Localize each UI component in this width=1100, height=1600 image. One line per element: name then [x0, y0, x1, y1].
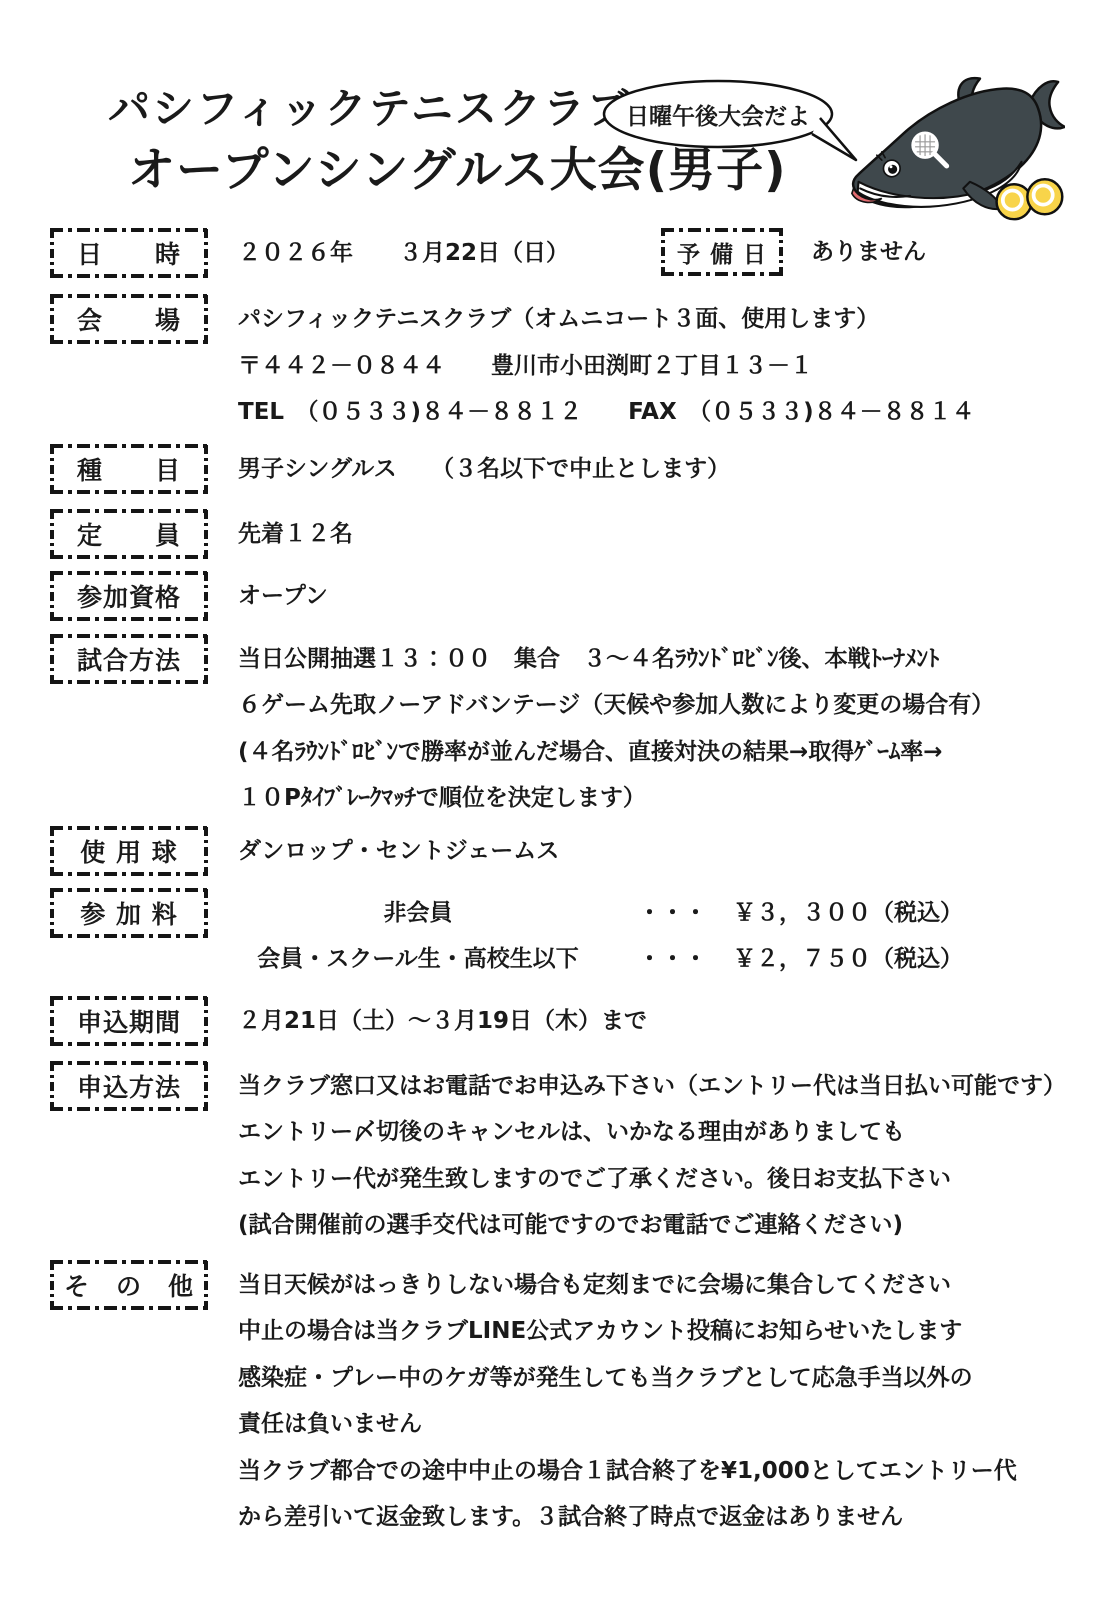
- datetime-content: ２０２６年 ３月22日（日） 予 備 日 ありません: [238, 228, 926, 278]
- label-other: そ の 他: [50, 1260, 208, 1310]
- fee-dots: ・・・: [638, 936, 707, 983]
- row-capacity: 定 員 先着１２名: [50, 509, 1050, 559]
- match-method-line: ６ゲーム先取ノーアドバンテージ（天候や参加人数により変更の場合有）: [238, 682, 994, 729]
- flyer-body: 日 時 ２０２６年 ３月22日（日） 予 備 日 ありません 会 場 パシフィッ…: [0, 222, 1100, 1541]
- flyer-header: パシフィックテニスクラブ オープンシングルス大会(男子) 日曜午後大会だよ: [0, 0, 1100, 222]
- venue-line: TEL （０５３３)８４－８８１２ FAX （０５３３)８４－８８１４: [238, 389, 975, 436]
- datetime-value: ２０２６年 ３月22日（日）: [238, 228, 569, 278]
- row-event: 種 目 男子シングルス （３名以下で中止とします）: [50, 444, 1050, 494]
- row-application-method: 申込方法 当クラブ窓口又はお電話でお申込み下さい（エントリー代は当日払い可能です…: [50, 1061, 1050, 1249]
- label-application-period: 申込期間: [50, 996, 208, 1046]
- application-method-content: 当クラブ窓口又はお電話でお申込み下さい（エントリー代は当日払い可能です） エント…: [238, 1061, 1066, 1249]
- row-datetime: 日 時 ２０２６年 ３月22日（日） 予 備 日 ありません: [50, 228, 1050, 278]
- match-method-content: 当日公開抽選１３：００ 集合 ３～４名ﾗｳﾝﾄﾞﾛﾋﾞﾝ後、本戦ﾄｰﾅﾒﾝﾄ ６…: [238, 634, 994, 822]
- fee-price: ￥３，３００（税込）: [733, 890, 963, 937]
- other-line: 中止の場合は当クラブLINE公式アカウント投稿にお知らせいたします: [238, 1308, 1017, 1355]
- dolphin-icon: [840, 72, 1065, 230]
- fee-item-nonmember: 非会員 ・・・ ￥３，３００（税込）: [238, 890, 963, 937]
- other-content: 当日天候がはっきりしない場合も定刻までに会場に集合してください 中止の場合は当ク…: [238, 1260, 1017, 1541]
- reserve-day-value: ありません: [811, 228, 926, 276]
- other-line: から差引いて返金致します。３試合終了時点で返金はありません: [238, 1494, 1017, 1541]
- entry-fee-content: 非会員 ・・・ ￥３，３００（税込） 会員・スクール生・高校生以下 ・・・ ￥２…: [238, 888, 963, 983]
- dolphin-mascot-illustration: [840, 72, 1065, 230]
- label-datetime: 日 時: [50, 228, 208, 278]
- row-balls: 使 用 球 ダンロップ・セントジェームス: [50, 826, 1050, 876]
- fee-item-member: 会員・スクール生・高校生以下 ・・・ ￥２，７５０（税込）: [238, 936, 963, 983]
- speech-bubble: 日曜午後大会だよ: [598, 76, 863, 186]
- row-match-method: 試合方法 当日公開抽選１３：００ 集合 ３～４名ﾗｳﾝﾄﾞﾛﾋﾞﾝ後、本戦ﾄｰﾅ…: [50, 634, 1050, 822]
- row-entry-fee: 参 加 料 非会員 ・・・ ￥３，３００（税込） 会員・スクール生・高校生以下 …: [50, 888, 1050, 983]
- other-line: 責任は負いません: [238, 1401, 1017, 1448]
- label-entry-fee: 参 加 料: [50, 888, 208, 938]
- label-eligibility: 参加資格: [50, 571, 208, 621]
- club-name-title: パシフィックテニスクラブ: [108, 76, 631, 136]
- venue-line: 〒４４２－０８４４ 豊川市小田渕町２丁目１３－１: [238, 343, 975, 390]
- match-method-line: １０Pﾀｲﾌﾞﾚｰｸﾏｯﾁで順位を決定します）: [238, 775, 994, 822]
- venue-line: パシフィックテニスクラブ（オムニコート３面、使用します）: [238, 296, 975, 343]
- other-line: 当クラブ都合での途中中止の場合１試合終了を¥1,000としてエントリー代: [238, 1448, 1017, 1495]
- other-line: 当日天候がはっきりしない場合も定刻までに会場に集合してください: [238, 1262, 1017, 1309]
- speech-bubble-text: 日曜午後大会だよ: [612, 98, 824, 131]
- row-other: そ の 他 当日天候がはっきりしない場合も定刻までに会場に集合してください 中止…: [50, 1260, 1050, 1541]
- balls-value: ダンロップ・セントジェームス: [238, 826, 559, 876]
- speech-bubble-shape: [598, 76, 863, 186]
- other-line: 感染症・プレー中のケガ等が発生しても当クラブとして応急手当以外の: [238, 1355, 1017, 1402]
- application-method-line: エントリー〆切後のキャンセルは、いかなる理由がありましても: [238, 1109, 1066, 1156]
- application-period-value: ２月21日（土）～３月19日（木）まで: [238, 996, 647, 1046]
- label-venue: 会 場: [50, 294, 208, 344]
- label-reserve-day: 予 備 日: [661, 228, 783, 276]
- match-method-line: 当日公開抽選１３：００ 集合 ３～４名ﾗｳﾝﾄﾞﾛﾋﾞﾝ後、本戦ﾄｰﾅﾒﾝﾄ: [238, 636, 994, 683]
- eligibility-value: オープン: [238, 571, 328, 621]
- fee-dots: ・・・: [638, 890, 707, 937]
- event-value: 男子シングルス （３名以下で中止とします）: [238, 444, 730, 494]
- venue-content: パシフィックテニスクラブ（オムニコート３面、使用します） 〒４４２－０８４４ 豊…: [238, 294, 975, 436]
- row-eligibility: 参加資格 オープン: [50, 571, 1050, 621]
- label-application-method: 申込方法: [50, 1061, 208, 1111]
- application-method-line: 当クラブ窓口又はお電話でお申込み下さい（エントリー代は当日払い可能です）: [238, 1063, 1066, 1110]
- fee-name: 会員・スクール生・高校生以下: [238, 936, 598, 983]
- row-application-period: 申込期間 ２月21日（土）～３月19日（木）まで: [50, 996, 1050, 1046]
- label-match-method: 試合方法: [50, 634, 208, 684]
- label-balls: 使 用 球: [50, 826, 208, 876]
- label-capacity: 定 員: [50, 509, 208, 559]
- match-method-line: (４名ﾗｳﾝﾄﾞﾛﾋﾞﾝで勝率が並んだ場合、直接対決の結果→取得ｹﾞｰﾑ率→: [238, 729, 994, 776]
- fee-price: ￥２，７５０（税込）: [733, 936, 963, 983]
- application-method-line: (試合開催前の選手交代は可能ですのでお電話でご連絡ください): [238, 1202, 1066, 1249]
- label-event: 種 目: [50, 444, 208, 494]
- fee-name: 非会員: [238, 890, 598, 937]
- row-venue: 会 場 パシフィックテニスクラブ（オムニコート３面、使用します） 〒４４２－０８…: [50, 294, 1050, 436]
- application-method-line: エントリー代が発生致しますのでご了承ください。後日お支払下さい: [238, 1156, 1066, 1203]
- capacity-value: 先着１２名: [238, 509, 353, 559]
